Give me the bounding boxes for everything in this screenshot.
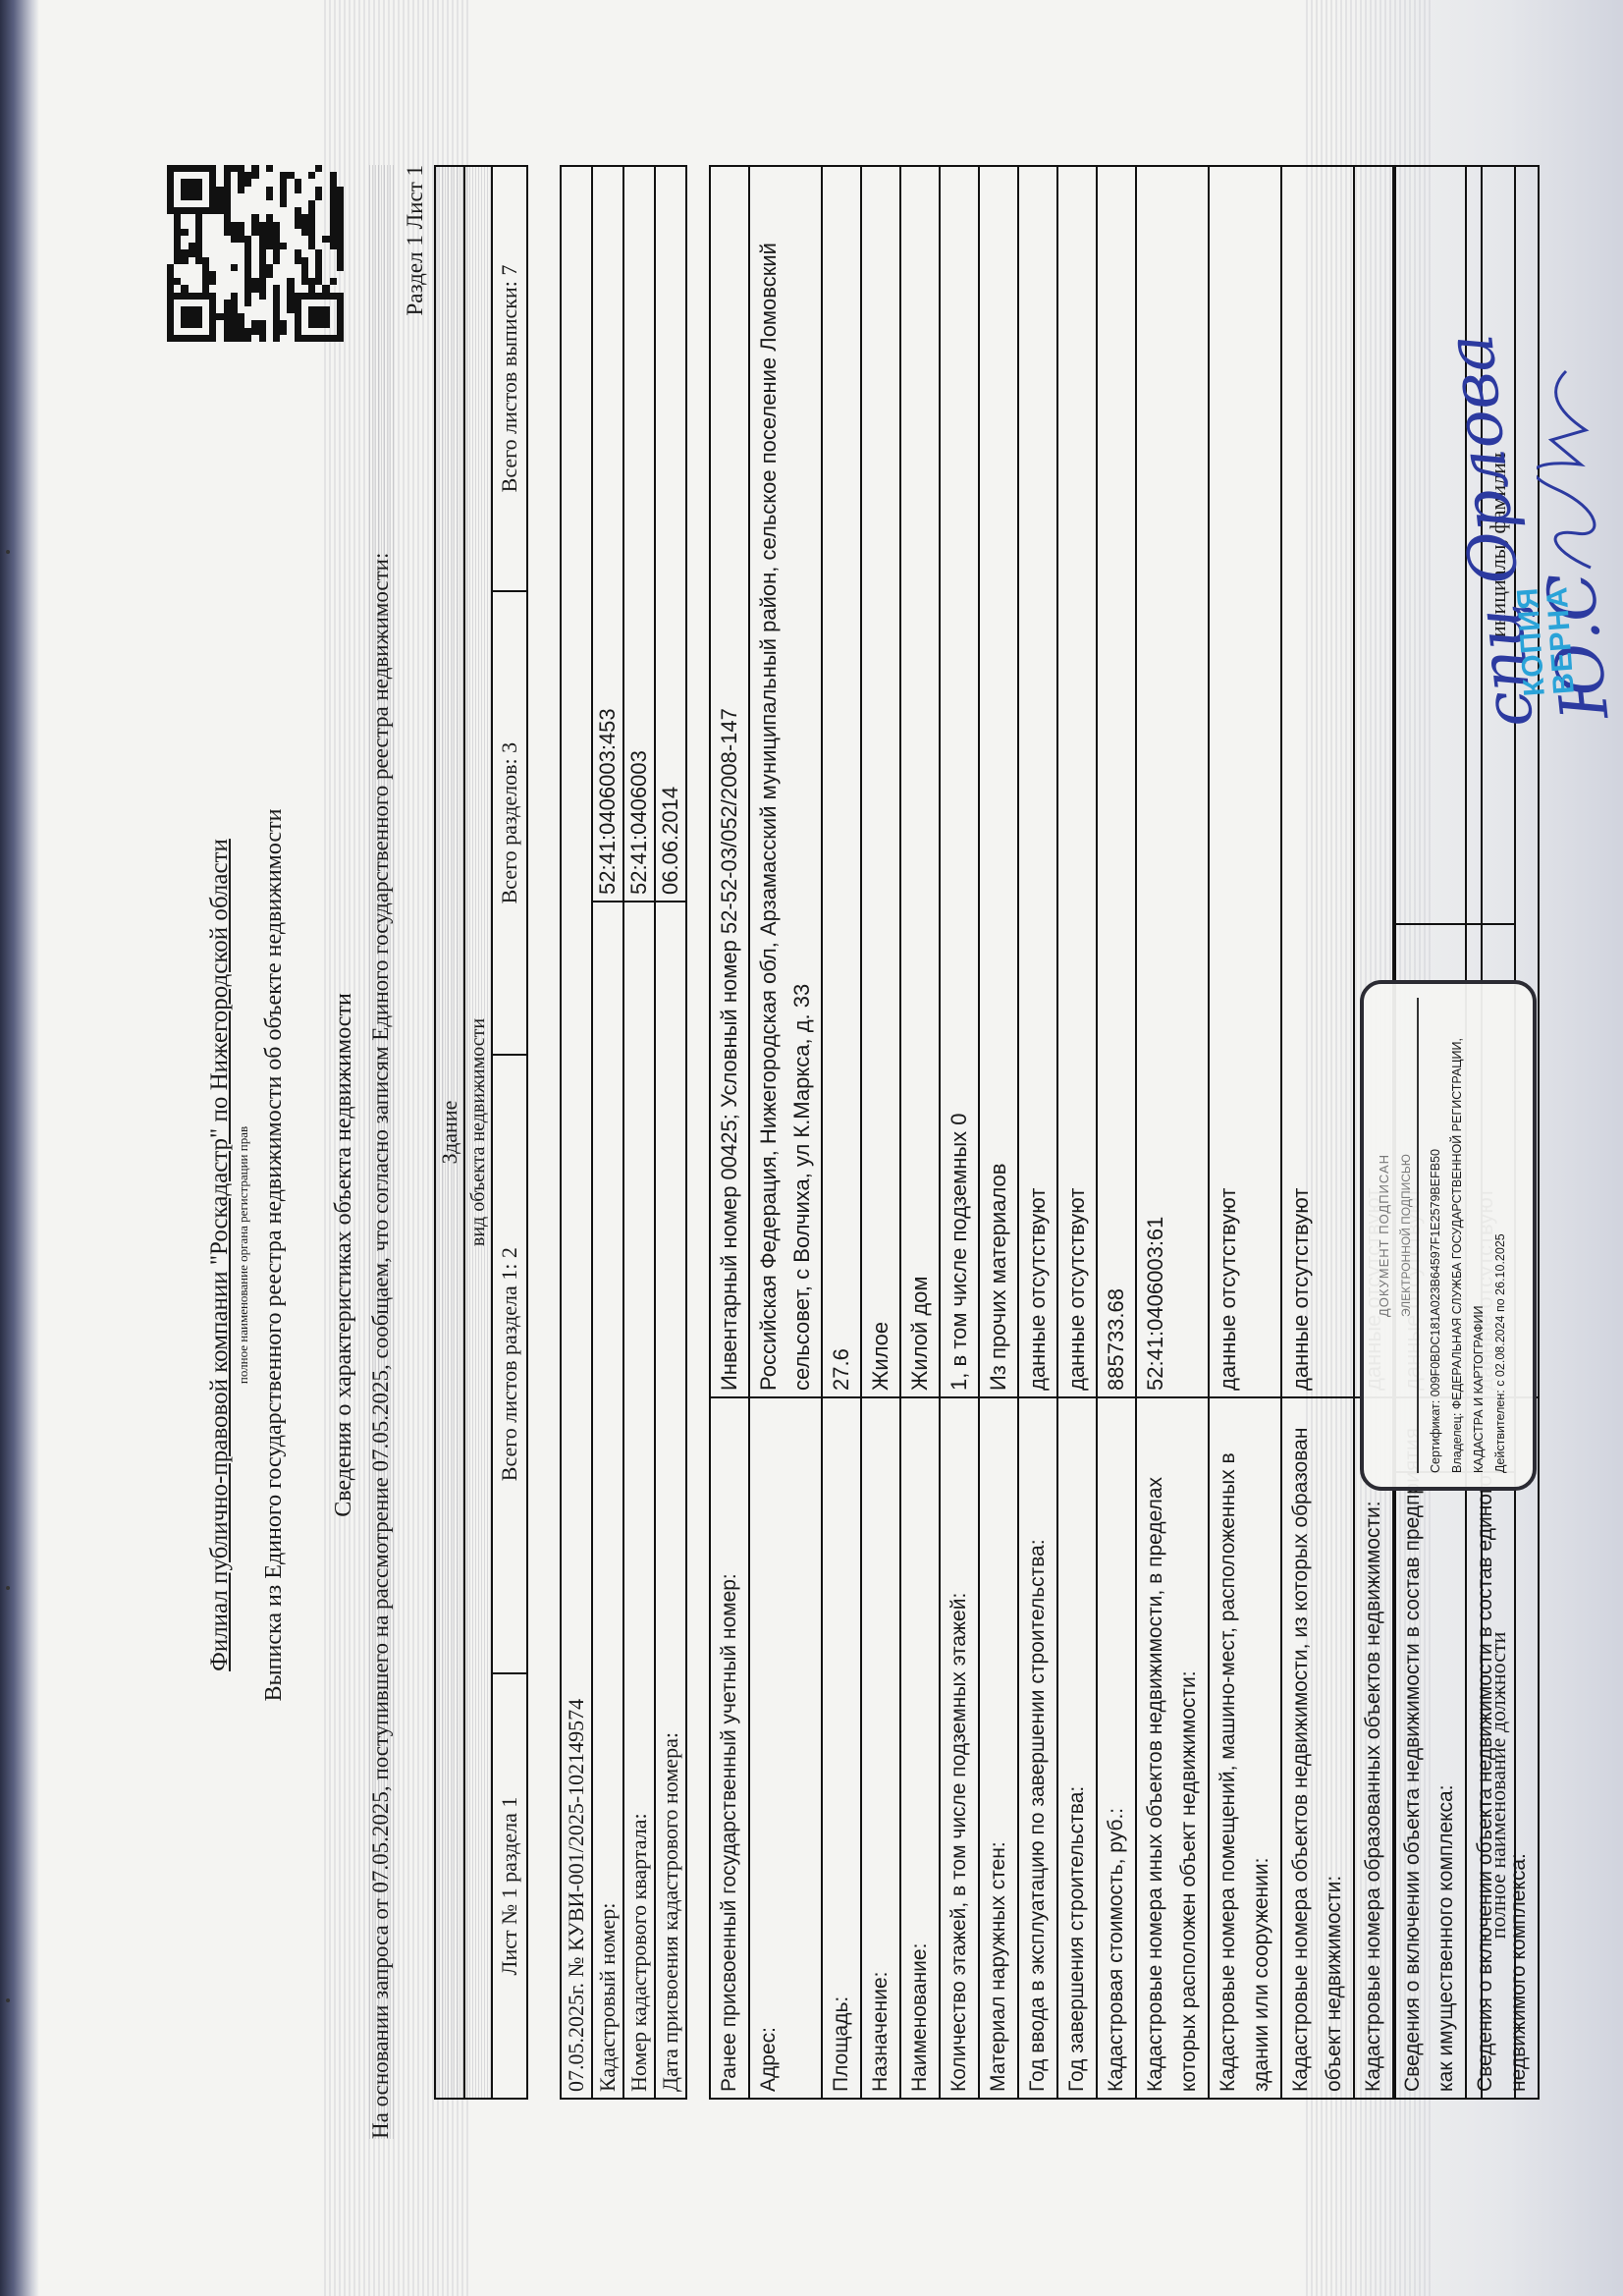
header-table: Здание вид объекта недвижимости Лист № 1… [434,165,528,2100]
document-page: Филиал публично-правовой компании "Роска… [0,0,1623,2296]
sections-total: Всего разделов: 3 [492,591,527,1055]
sheets-total: Всего листов выписки: 7 [492,166,527,591]
row-value: Инвентарный номер 00425; Условный номер … [710,166,749,1397]
stamp-title: ДОКУМЕНТ ПОДПИСАН [1374,998,1395,1473]
certified-copy-stamp: КОПИЯ ВЕРНА [1513,584,1580,697]
identification-table: 07.05.2025г. № КУВИ-001/2025-102149574 К… [560,165,687,2100]
table-row: Материал наружных стен: Из прочих матери… [979,166,1018,2099]
position-caption: полное наименование должности [1482,1472,1515,2099]
qr-code-icon [167,165,344,342]
table-row: Дата присвоения кадастрового номера: 06.… [655,166,686,2099]
row-label: Кадастровые номера иных объектов недвижи… [1136,1397,1209,2099]
document-title: Выписка из Единого государственного реес… [261,371,288,2139]
table-row: Адрес: Российская Федерация, Нижегородск… [749,166,822,2099]
table-row: Количество этажей, в том числе подземных… [940,166,979,2099]
section-marker: Раздел 1 Лист 1 [403,165,428,315]
row-label: Кадастровые номера объектов недвижимости… [1281,1397,1354,2099]
row-value: данные отсутствуют [1057,166,1097,1397]
row-label: Наименование: [900,1397,940,2099]
table-row: Кадастровые номера помещений, машино-мес… [1209,166,1281,2099]
row-value: Из прочих материалов [979,166,1018,1397]
table-row: Кадастровый номер: 52:41:0406003:453 [592,166,623,2099]
row-label: Год ввода в эксплуатацию по завершении с… [1018,1397,1057,2099]
row-value: Жилое [861,166,900,1397]
table-row: Площадь: 27.6 [822,166,861,2099]
row-label: Адрес: [749,1397,822,2099]
object-type-caption: вид объекта недвижимости [464,166,492,2099]
row-value: данные отсутствуют [1209,166,1281,1397]
stamp-certificate: Сертификат: 009F0BDC181A023B64597F1E2579… [1425,998,1446,1473]
table-row: Номер кадастрового квартала: 52:41:04060… [623,166,655,2099]
row-value: 27.6 [822,166,861,1397]
table-row: Наименование: Жилой дом [900,166,940,2099]
table-row: Кадастровые номера иных объектов недвижи… [1136,166,1209,2099]
row-value: 885733.68 [1097,166,1136,1397]
table-row: Год ввода в эксплуатацию по завершении с… [1018,166,1057,2099]
row-value: 06.06.2014 [655,166,686,902]
row-value: Жилой дом [900,166,940,1397]
object-type: Здание [435,166,464,2099]
intro-text: На основании запроса от 07.05.2025, пост… [368,165,394,2139]
row-value: данные отсутствуют [1281,166,1354,1397]
row-value: 1, в том числе подземных 0 [940,166,979,1397]
stamp-owner: Владелец: ФЕДЕРАЛЬНАЯ СЛУЖБА ГОСУДАРСТВЕ… [1446,998,1489,1473]
document-header: Филиал публично-правовой компании "Роска… [206,371,357,2139]
section-title: Сведения о характеристиках объекта недви… [331,371,357,2139]
row-label: Кадастровые номера помещений, машино-мес… [1209,1397,1281,2099]
row-label: Площадь: [822,1397,861,2099]
sheet-number: Лист № 1 раздела 1 [492,1673,527,2099]
position-field [1395,1472,1482,2099]
organization-name: Филиал публично-правовой компании "Роска… [206,371,234,2139]
row-label: Материал наружных стен: [979,1397,1018,2099]
organization-caption: полное наименование органа регистрации п… [236,371,251,2139]
row-value: 52:41:0406003:453 [592,166,623,902]
row-label: Кадастровый номер: [592,902,623,2099]
row-label: Назначение: [861,1397,900,2099]
row-label: Кадастровая стоимость, руб.: [1097,1397,1136,2099]
table-row: Кадастровая стоимость, руб.: 885733.68 [1097,166,1136,2099]
row-label: Ранее присвоенный государственный учетны… [710,1397,749,2099]
table-row: Назначение: Жилое [861,166,900,2099]
table-row: Год завершения строительства: данные отс… [1057,166,1097,2099]
signature-icon [1537,361,1605,577]
extract-reference: 07.05.2025г. № КУВИ-001/2025-102149574 [561,166,592,2099]
e-signature-stamp: ДОКУМЕНТ ПОДПИСАН ЭЛЕКТРОННОЙ ПОДПИСЬЮ С… [1360,980,1537,1491]
row-label: Количество этажей, в том числе подземных… [940,1397,979,2099]
row-label: Дата присвоения кадастрового номера: [655,902,686,2099]
row-label: Год завершения строительства: [1057,1397,1097,2099]
row-value: 52:41:0406003:61 [1136,166,1209,1397]
row-label: Кадастровые номера образованных объектов… [1354,1397,1393,2099]
certified-line-2: ВЕРНА [1542,584,1580,695]
table-row: Ранее присвоенный государственный учетны… [710,166,749,2099]
sheets-in-section: Всего листов раздела 1: 2 [492,1055,527,1673]
row-value: 52:41:0406003 [623,166,655,902]
stamp-subtitle: ЭЛЕКТРОННОЙ ПОДПИСЬЮ [1395,998,1419,1473]
row-value: данные отсутствуют [1018,166,1057,1397]
row-value: Российская Федерация, Нижегородская обл,… [749,166,822,1397]
table-row: Кадастровые номера объектов недвижимости… [1281,166,1354,2099]
stamp-validity: Действителен: с 02.08.2024 по 26.10.2025 [1489,998,1511,1473]
row-label: Номер кадастрового квартала: [623,902,655,2099]
